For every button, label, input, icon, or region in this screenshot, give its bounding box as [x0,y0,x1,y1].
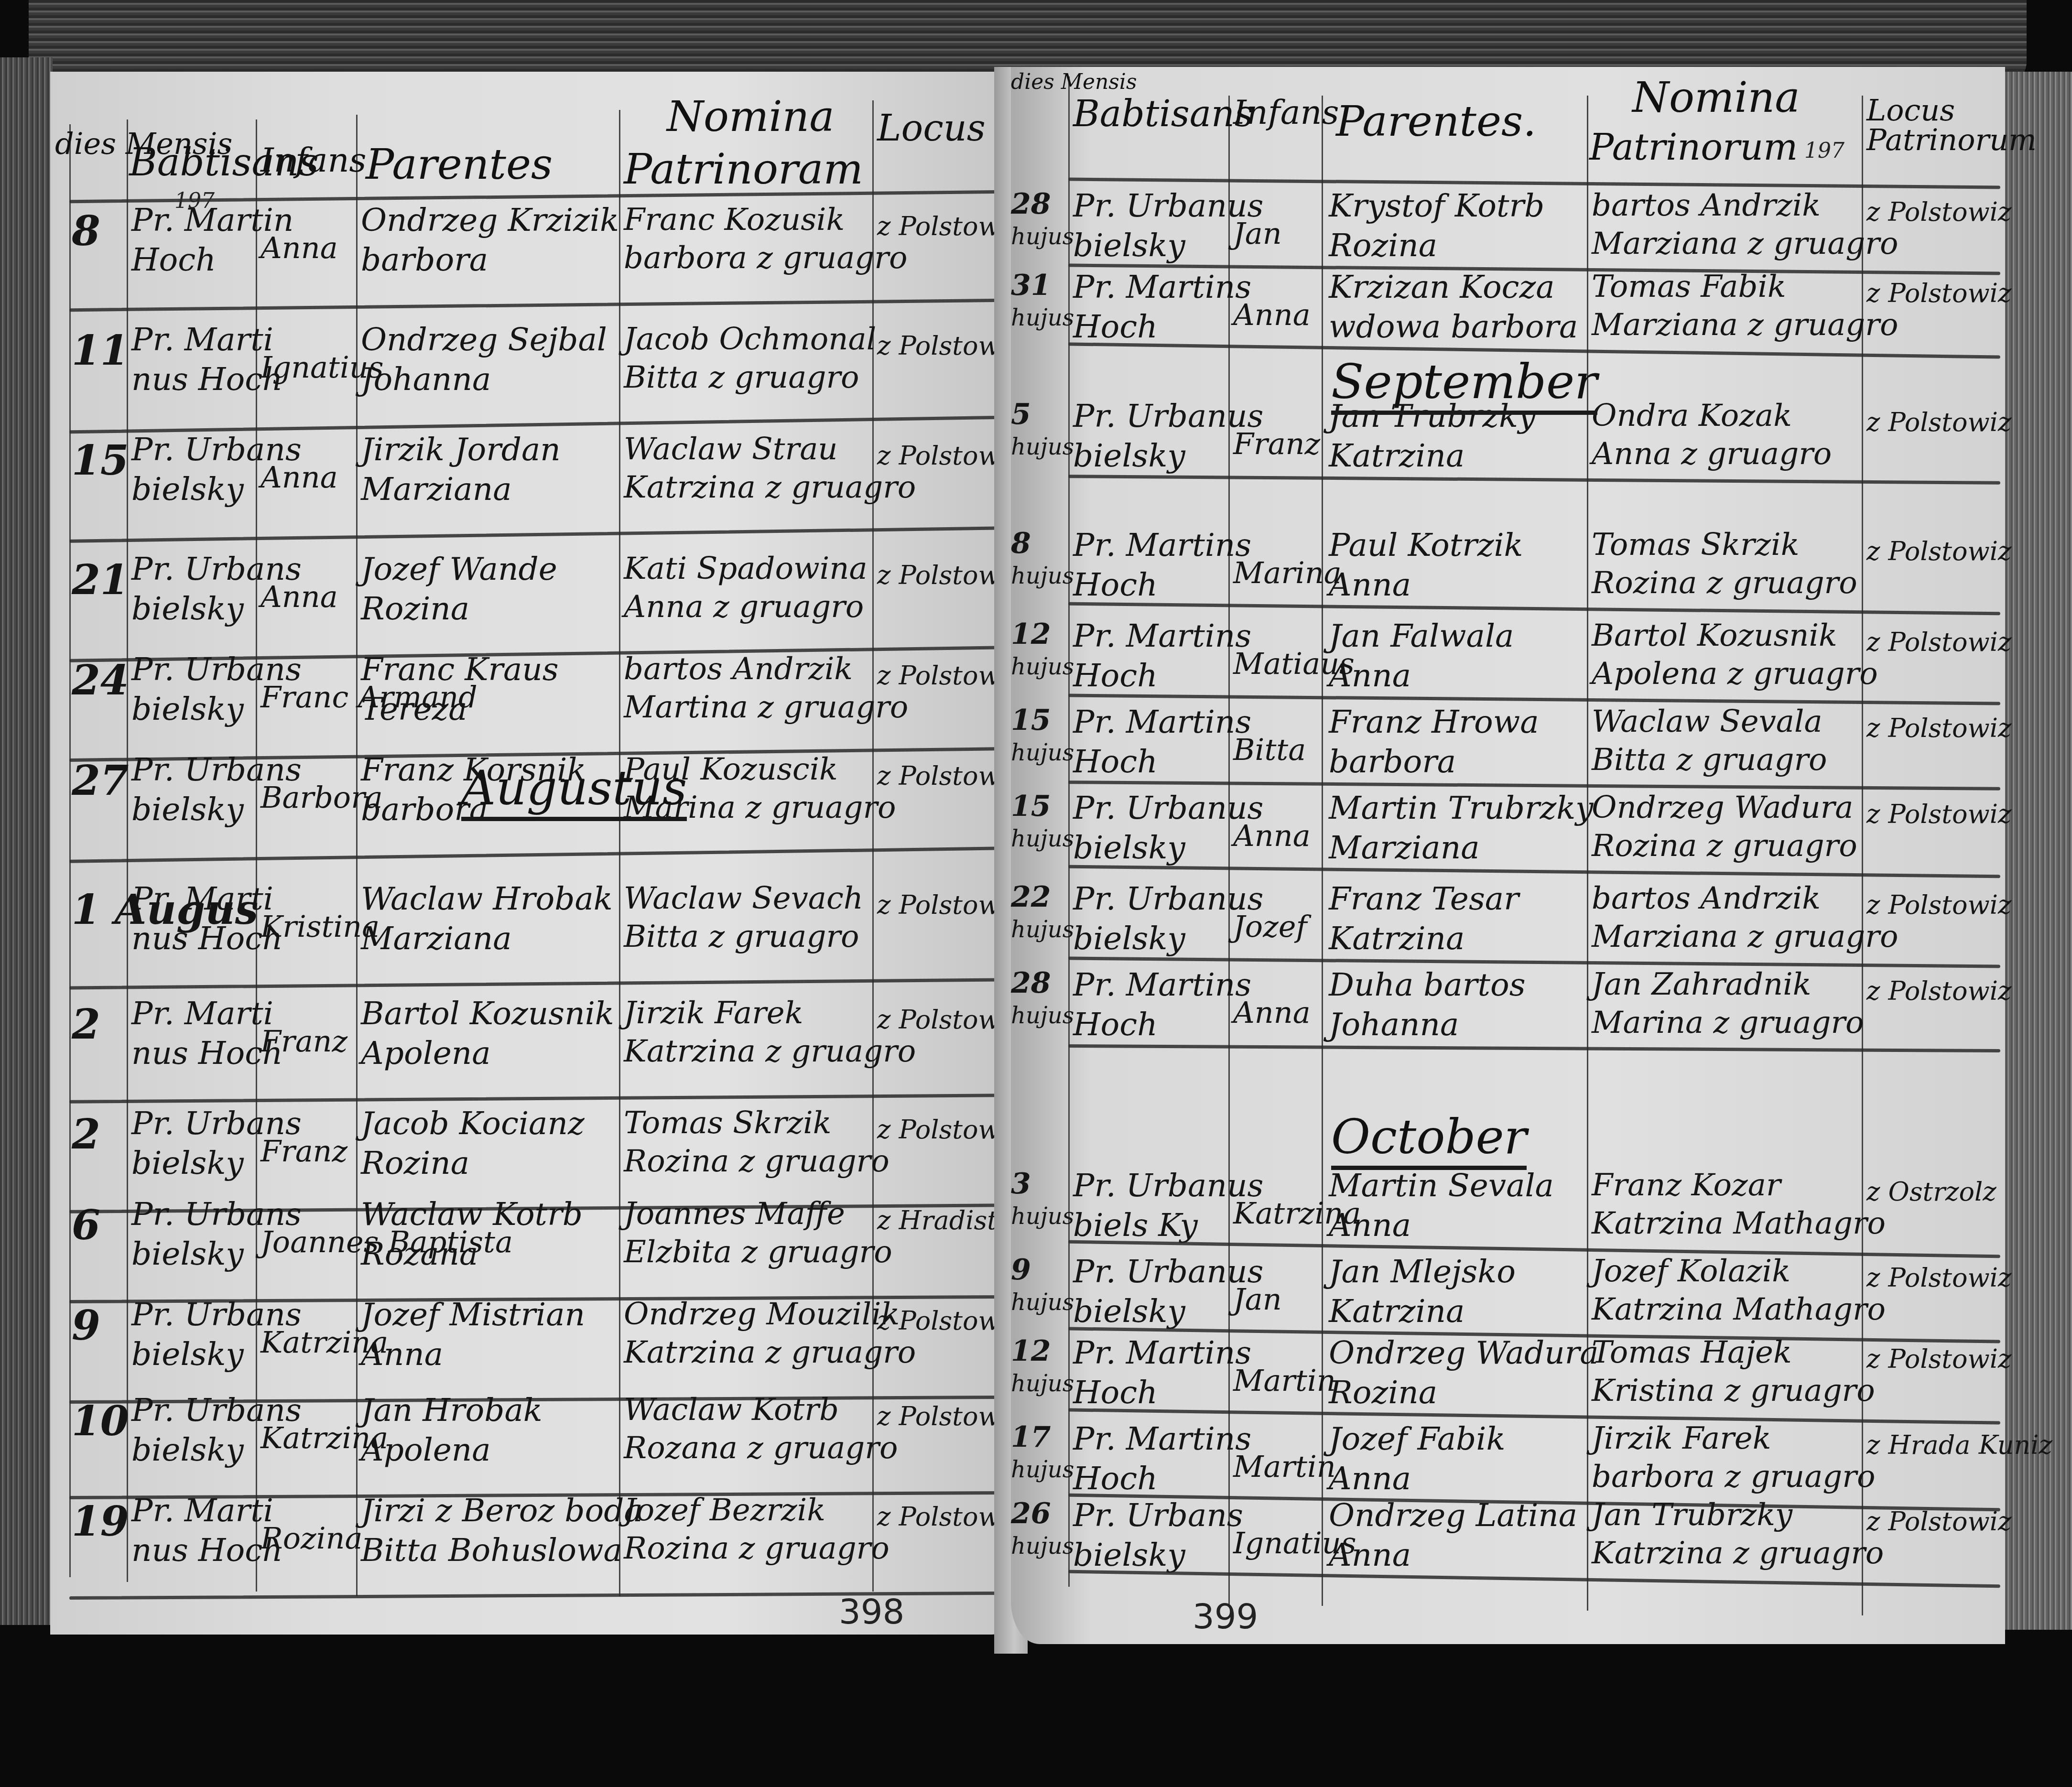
parentes-line-1: Martin Trubrzky [1329,789,1594,828]
entry-infans: Franz [1233,425,1320,463]
entry-patrini: Jan TrubrzkyKatrzina z gruagro [1592,1496,1884,1572]
entry-date: 28hujus [1011,965,1074,1030]
patrini-line-2: Bitta z gruagro [1592,741,1827,779]
entry-locus: z Polstowiz [1866,535,2011,568]
entry-date: 15 [72,435,129,487]
baptisans-line-2: Hoch [1073,656,1251,696]
patrini-line-2: Marziana z gruagro [1592,306,1898,344]
patrini-line-1: Waclaw Sevach [624,879,863,918]
patrini-line-1: Tomas Hajek [1592,1333,1875,1372]
patrini-line-1: Jozef Kolazik [1592,1252,1886,1290]
entry-infans: Franz [260,1023,347,1060]
entry-month: hujus [1011,222,1074,251]
row-rule [69,846,1006,863]
entry-infans: Anna [1233,296,1311,334]
parentes-line-2: Anna [1329,1536,1577,1575]
parentes-line-2: Apolena [361,1034,614,1073]
entry-date: 8 [72,206,100,257]
entry-month: hujus [1011,1455,1074,1484]
entry-parentes: Bartol KozusnikApolena [361,994,614,1073]
header-infans: Infans [1233,96,1339,129]
parentes-line-1: Ondrzeg Latina [1329,1496,1577,1536]
entry-locus: z Polstowiz [1866,196,2011,228]
baptisans-line-2: Hoch [1073,307,1251,347]
entry-locus: z Polstowiz [1866,277,2011,310]
patrini-line-2: Katrzina Mathagro [1592,1290,1886,1329]
entry-month: hujus [1011,915,1074,944]
entry-locus: z Polstowiz [1866,1343,2011,1375]
entry-day: 3 [1011,1167,1031,1201]
entry-date: 12hujus [1011,617,1074,681]
page-stack-left-edge [0,57,53,1625]
parentes-line-2: Anna [1329,565,1523,605]
entry-locus: z Polstowiz [1866,1505,2011,1538]
parentes-line-2: Rozana [361,1235,583,1274]
column-line [69,124,71,1577]
patrini-line-1: Joannes Maffe [624,1195,892,1233]
baptisans-line-1: Pr. Martins [1073,703,1251,742]
entry-patrini: Waclaw StrauKatrzina z gruagro [624,430,916,507]
entry-date: 28hujus [1011,186,1074,251]
patrini-line-1: Tomas Skrzik [1592,526,1857,564]
entry-day: 22 [1011,880,1051,914]
page-number: 399 [1193,1596,1258,1636]
entry-parentes: Krzizan Koczawdowa barbora [1329,268,1578,347]
patrini-line-2: Marina z gruagro [1592,1004,1864,1042]
header-baptisans: Babtisans [1073,96,1253,132]
entry-patrini: Tomas FabikMarziana z gruagro [1592,268,1898,344]
header-nomina: Nomina [1632,76,1800,119]
month-heading-october: October [1331,1109,1527,1170]
baptisans-line-1: Pr. Martins [1073,965,1251,1005]
baptisans-line-2: Hoch [1073,1459,1251,1499]
entry-day: 5 [1011,398,1031,431]
entry-parentes: Waclaw HrobakMarziana [361,879,613,958]
entry-patrini: Jan ZahradnikMarina z gruagro [1592,965,1864,1042]
entry-parentes: Paul KotrzikAnna [1329,526,1523,605]
entry-date: 9hujus [1011,1252,1074,1317]
parentes-line-1: Jozef Fabik [1329,1419,1505,1459]
entry-parentes: Franz TesarKatrzina [1329,879,1519,958]
entry-day: 12 [1011,617,1051,651]
entry-month: hujus [1011,1001,1074,1030]
patrini-line-1: Jirzik Farek [624,994,916,1032]
patrini-line-2: Anna z gruagro [624,588,868,626]
entry-parentes: Ondrzeg Krzizikbarbora [361,201,619,280]
entry-baptisans: Pr. MartinsHoch [1073,703,1251,781]
entry-parentes: Ondrzeg SejbalJohanna [361,320,607,399]
patrini-line-2: Apolena z gruagro [1592,655,1878,693]
patrini-line-1: Tomas Fabik [1592,268,1898,306]
entry-parentes: Jozef MistrianAnna [361,1295,585,1374]
row-rule [1068,475,2000,485]
right-page: dies Mensis Babtisans Infans Parentes. N… [1011,67,2005,1644]
entry-month: hujus [1011,1202,1074,1231]
entry-baptisans: Pr. MartinsHoch [1073,526,1251,605]
entry-day: 8 [1011,527,1031,560]
header-locus: Locus Patrinorum [1866,96,1953,155]
parentes-line-1: Waclaw Hrobak [361,879,613,919]
entry-infans: Anna [260,578,338,616]
patrini-line-1: Bartol Kozusnik [1592,617,1878,655]
patrini-line-2: Katrzina z gruagro [1592,1534,1884,1572]
parentes-line-1: Jozef Wande [361,550,557,589]
entry-patrini: Ondrzeg WaduraRozina z gruagro [1592,789,1857,865]
parentes-line-1: Waclaw Kotrb [361,1195,583,1235]
parentes-line-2: Anna [1329,1206,1554,1245]
row-rule [69,978,1006,989]
entry-infans: Anna [260,229,338,267]
entry-month: hujus [1011,303,1074,332]
patrini-line-2: Bitta z gruagro [624,358,876,397]
entry-parentes: Jirzi z Beroz bodaBitta Bohuslowa [361,1491,643,1570]
patrini-line-1: Waclaw Kotrb [624,1391,898,1429]
parentes-line-1: Jan Hrobak [361,1391,542,1430]
entry-locus: z Hrada Kuniz [1866,1429,2052,1462]
parentes-line-1: Duha bartos [1329,965,1526,1005]
entry-infans: Martin [1233,1362,1336,1399]
parentes-line-2: Rozina [1329,226,1544,266]
patrini-line-2: Rozina z gruagro [1592,827,1857,865]
parentes-line-1: Krzizan Kocza [1329,268,1578,307]
parentes-line-2: Rozina [361,1144,585,1183]
patrini-line-2: Martina z gruagro [624,688,908,726]
row-rule [69,299,1006,312]
entry-parentes: Martin TrubrzkyMarziana [1329,789,1594,867]
patrini-line-2: Anna z gruagro [1592,435,1832,473]
header-parentes: Parentes. [1336,100,1536,142]
patrini-line-1: Waclaw Strau [624,430,916,468]
baptisans-line-1: Pr. Martins [1073,268,1251,307]
entry-infans: Jan [1233,1281,1282,1318]
entry-parentes: Jozef FabikAnna [1329,1419,1505,1498]
parentes-line-2: Anna [1329,656,1514,696]
parentes-line-2: barbora [1329,742,1539,782]
entry-patrini: Waclaw SevachBitta z gruagro [624,879,863,956]
entry-month: hujus [1011,824,1074,853]
month-heading-september: September [1331,354,1597,415]
entry-patrini: Waclaw KotrbRozana z gruagro [624,1391,898,1467]
parentes-line-2: Anna [361,1335,585,1375]
parentes-line-1: Franz Hrowa [1329,703,1539,742]
baptisans-line-2: Hoch [1073,565,1251,605]
entry-parentes: Jozef WandeRozina [361,550,557,628]
parentes-line-1: Jan Mlejsko [1329,1252,1516,1292]
parentes-line-2: Johanna [1329,1005,1526,1045]
parentes-line-2: Johanna [361,360,607,400]
parentes-line-2: Marziana [361,919,613,959]
entry-patrini: Jirzik FarekKatrzina z gruagro [624,994,916,1071]
baptisans-line-2: Hoch [1073,1373,1251,1413]
entry-parentes: Jan FalwalaAnna [1329,617,1514,695]
entry-date: 11 [72,325,129,377]
entry-day: 15 [1011,790,1051,823]
entry-parentes: Krystof KotrbRozina [1329,186,1544,265]
entry-day: 31 [1011,269,1051,302]
entry-date: 27 [72,755,129,807]
patrini-line-2: Rozina z gruagro [1592,564,1857,602]
patrini-line-2: barbora z gruagro [624,239,907,277]
parentes-line-2: Bitta Bohuslowa [361,1531,643,1570]
entry-date: 15hujus [1011,703,1074,767]
entry-locus: z Polstowiz [1866,406,2011,439]
header-parentes: Parentes [366,143,553,185]
row-rule [1068,602,2000,615]
entry-month: hujus [1011,562,1074,590]
parentes-line-2: Marziana [361,470,561,509]
baptisans-line-1: Pr. Martins [1073,526,1251,565]
entry-infans: Anna [260,459,338,496]
entry-date: 24 [72,655,129,706]
patrini-line-1: Jacob Ochmonal [624,320,876,358]
entry-day: 26 [1011,1497,1051,1530]
entry-parentes: Jan MlejskoKatrzina [1329,1252,1516,1331]
row-rule [69,1094,1006,1104]
entry-month: hujus [1011,652,1074,681]
parentes-line-1: Jirzik Jordan [361,430,561,470]
baptisans-line-2: Hoch [1073,742,1251,782]
page-number: 398 [839,1592,904,1632]
row-rule [69,526,1006,542]
entry-day: 17 [1011,1420,1051,1454]
patrini-line-1: Kati Spadowina [624,550,868,588]
parentes-line-1: Jacob Kocianz [361,1104,585,1144]
entry-date: 2 [72,1109,100,1160]
parentes-line-1: Franz Tesar [1329,879,1519,919]
entry-date: 19 [72,1496,129,1548]
baptisans-line-2: Hoch [1073,1005,1251,1045]
entry-infans: Franz [260,1133,347,1170]
entry-baptisans: Pr. MartinsHoch [1073,268,1251,347]
entry-baptisans: Pr. MartinsHoch [1073,1333,1251,1412]
parentes-line-1: Jirzi z Beroz boda [361,1491,643,1531]
entry-patrini: Tomas SkrzikRozina z gruagro [1592,526,1857,602]
entry-infans: Bitta [1233,731,1306,769]
header-dies-mensis: dies Mensis [1011,72,1137,93]
parentes-line-2: Rozina [361,589,557,629]
patrini-line-1: Jozef Bezrzik [624,1491,890,1529]
patrini-line-1: Ondra Kozak [1592,397,1832,435]
patrini-line-2: Kristina z gruagro [1592,1372,1875,1410]
patrini-line-1: Tomas Skrzik [624,1104,890,1142]
baptisans-line-2: bielsky [1073,1536,1243,1575]
entry-parentes: Ondrzeg LatinaAnna [1329,1496,1577,1575]
patrini-line-2: Katrzina Mathagro [1592,1204,1886,1243]
entry-patrini: Ondra KozakAnna z gruagro [1592,397,1832,473]
entry-date: 5hujus [1011,397,1074,461]
entry-patrini: Jirzik Farekbarbora z gruagro [1592,1419,1875,1496]
patrini-line-1: Franz Kozar [1592,1166,1886,1204]
entry-locus: z Hradista [877,1204,1013,1237]
patrini-line-2: Katrzina z gruagro [624,1032,916,1071]
entry-baptisans: Pr. MartinsHoch [1073,965,1251,1044]
entry-parentes: Franc KrausTereza [361,650,559,729]
patrini-line-1: bartos Andrzik [1592,186,1898,225]
patrini-line-2: barbora z gruagro [1592,1458,1875,1496]
entry-date: 12hujus [1011,1333,1074,1398]
entry-patrini: bartos AndrzikMarziana z gruagro [1592,186,1898,263]
patrini-line-2: Katrzina z gruagro [624,468,916,507]
entry-parentes: Jan HrobakApolena [361,1391,542,1470]
entry-day: 9 [1011,1253,1031,1287]
entry-patrini: Ondrzeg MouzilikKatrzina z gruagro [624,1295,916,1372]
parentes-line-1: Martin Sevala [1329,1166,1554,1206]
row-rule [1068,1044,2000,1052]
parentes-line-2: Apolena [361,1430,542,1470]
patrini-line-1: bartos Andrzik [624,650,908,688]
patrini-line-1: Jan Zahradnik [1592,965,1864,1004]
baptisans-line-1: Pr. Urbans [1073,1496,1243,1536]
header-year-mark: 197 [1804,139,1844,163]
patrini-line-1: Franc Kozusik [624,201,907,239]
parentes-line-1: Franc Kraus [361,650,559,690]
entry-patrini: bartos AndrzikMarziana z gruagro [1592,879,1898,956]
patrini-line-2: Elzbita z gruagro [624,1233,892,1271]
entry-date: 6 [72,1200,100,1251]
parentes-line-1: Krystof Kotrb [1329,186,1544,226]
entry-infans: Anna [1233,817,1311,855]
entry-date: 17hujus [1011,1419,1074,1484]
entry-month: hujus [1011,433,1074,461]
parentes-line-2: Rozina [1329,1373,1599,1413]
entry-date: 2 [72,999,100,1051]
entry-baptisans: Pr. MartinsHoch [1073,1419,1251,1498]
patrini-line-2: Marziana z gruagro [1592,225,1898,263]
entry-date: 9 [72,1300,100,1352]
patrini-line-1: Ondrzeg Mouzilik [624,1295,916,1333]
entry-patrini: Jacob OchmonalBitta z gruagro [624,320,876,397]
entry-locus: z Polstowiz [1866,889,2011,921]
parentes-line-1: Ondrzeg Wadura [1329,1333,1599,1373]
entry-day: 12 [1011,1334,1051,1368]
header-nomina: Nomina [667,96,835,138]
entry-date: 15hujus [1011,789,1074,853]
parentes-line-2: Katrzina [1329,436,1536,476]
entry-infans: Anna [1233,994,1311,1031]
entry-patrini: Bartol KozusnikApolena z gruagro [1592,617,1878,693]
parentes-line-2: Tereza [361,690,559,729]
entry-infans: Jozef [1233,908,1307,945]
entry-date: 22hujus [1011,879,1074,944]
patrini-line-2: Rozina z gruagro [624,1142,890,1181]
parentes-line-2: Katrzina [1329,1292,1516,1332]
entry-patrini: Kati SpadowinaAnna z gruagro [624,550,868,626]
patrini-line-1: Jan Trubrzky [1592,1496,1884,1534]
baptisans-line-1: Pr. Martins [1073,617,1251,656]
parentes-line-2: wdowa barbora [1329,307,1578,347]
patrini-line-2: Rozana z gruagro [624,1429,898,1467]
entry-locus: z Polstowiz [1866,712,2011,745]
entry-locus: z Polstowiz [1866,626,2011,659]
patrini-line-2: Bitta z gruagro [624,918,863,956]
patrini-line-1: Ondrzeg Wadura [1592,789,1857,827]
entry-date: 26hujus [1011,1496,1074,1560]
entry-date: 3hujus [1011,1166,1074,1231]
entry-patrini: bartos AndrzikMartina z gruagro [624,650,908,726]
patrini-line-1: bartos Andrzik [1592,879,1898,918]
patrini-line-2: Katrzina z gruagro [624,1333,916,1372]
header-patrinorum: Patrinoram [624,148,863,190]
entry-parentes: Duha bartosJohanna [1329,965,1526,1044]
parentes-line-1: Ondrzeg Sejbal [361,320,607,360]
entry-patrini: Joannes MaffeElzbita z gruagro [624,1195,892,1271]
entry-locus: z Polstowiz [1866,798,2011,831]
entry-patrini: Franc Kozusikbarbora z gruagro [624,201,907,277]
entry-baptisans: Pr. Urbansbielsky [1073,1496,1243,1575]
entry-day: 28 [1011,966,1051,1000]
entry-parentes: Franz Hrowabarbora [1329,703,1539,781]
entry-infans: Rozina [260,1520,362,1557]
entry-patrini: Waclaw SevalaBitta z gruagro [1592,703,1827,779]
entry-date: 31hujus [1011,268,1074,332]
left-page: dies Mensis Babtisans 197 Infans Parente… [50,72,1011,1635]
entry-locus: z Polstowiz [1866,975,2011,1007]
entry-locus: z Polstowiz [1866,1262,2011,1294]
entry-month: hujus [1011,1369,1074,1398]
parentes-line-1: Ondrzeg Krzizik [361,201,619,240]
patrini-line-1: Waclaw Sevala [1592,703,1827,741]
entry-day: 28 [1011,187,1051,221]
header-infans: Infans [260,143,366,177]
entry-infans: Jan [1233,215,1282,252]
entry-patrini: Jozef BezrzikRozina z gruagro [624,1491,890,1568]
entry-month: hujus [1011,738,1074,767]
entry-locus: z Ostrzolz [1866,1176,1996,1208]
entry-parentes: Waclaw KotrbRozana [361,1195,583,1274]
entry-month: hujus [1011,1288,1074,1317]
entry-patrini: Jozef KolazikKatrzina Mathagro [1592,1252,1886,1329]
entry-parentes: Jirzik JordanMarziana [361,430,561,509]
parentes-line-1: Jan Falwala [1329,617,1514,656]
baptisans-line-1: Pr. Martins [1073,1333,1251,1373]
entry-date: 8hujus [1011,526,1074,590]
entry-baptisans: Pr. MartinsHoch [1073,617,1251,695]
entry-patrini: Tomas SkrzikRozina z gruagro [624,1104,890,1181]
parentes-line-1: Jozef Mistrian [361,1295,585,1335]
entry-patrini: Tomas HajekKristina z gruagro [1592,1333,1875,1410]
patrini-line-2: Marziana z gruagro [1592,918,1898,956]
entry-infans: Martin [1233,1448,1336,1485]
parentes-line-2: barbora [361,240,619,280]
entry-patrini: Franz KozarKatrzina Mathagro [1592,1166,1886,1243]
header-patrinorum: Patrinorum [1589,129,1798,165]
entry-date: 10 [72,1396,129,1447]
entry-date: 21 [72,554,129,606]
patrini-line-2: Rozina z gruagro [624,1529,890,1568]
entry-infans: Marina [1233,554,1342,592]
month-heading-augustus: Augustus [461,760,687,821]
entry-day: 15 [1011,704,1051,737]
entry-parentes: Martin SevalaAnna [1329,1166,1554,1245]
parentes-line-2: Marziana [1329,828,1594,868]
parentes-line-2: Katrzina [1329,919,1519,959]
baptisans-line-1: Pr. Martins [1073,1419,1251,1459]
entry-parentes: Ondrzeg WaduraRozina [1329,1333,1599,1412]
parentes-line-1: Paul Kotrzik [1329,526,1523,565]
entry-month: hujus [1011,1532,1074,1560]
patrini-line-1: Jirzik Farek [1592,1419,1875,1458]
parentes-line-1: Bartol Kozusnik [361,994,614,1034]
parentes-line-2: Anna [1329,1459,1505,1499]
entry-parentes: Jacob KocianzRozina [361,1104,585,1183]
